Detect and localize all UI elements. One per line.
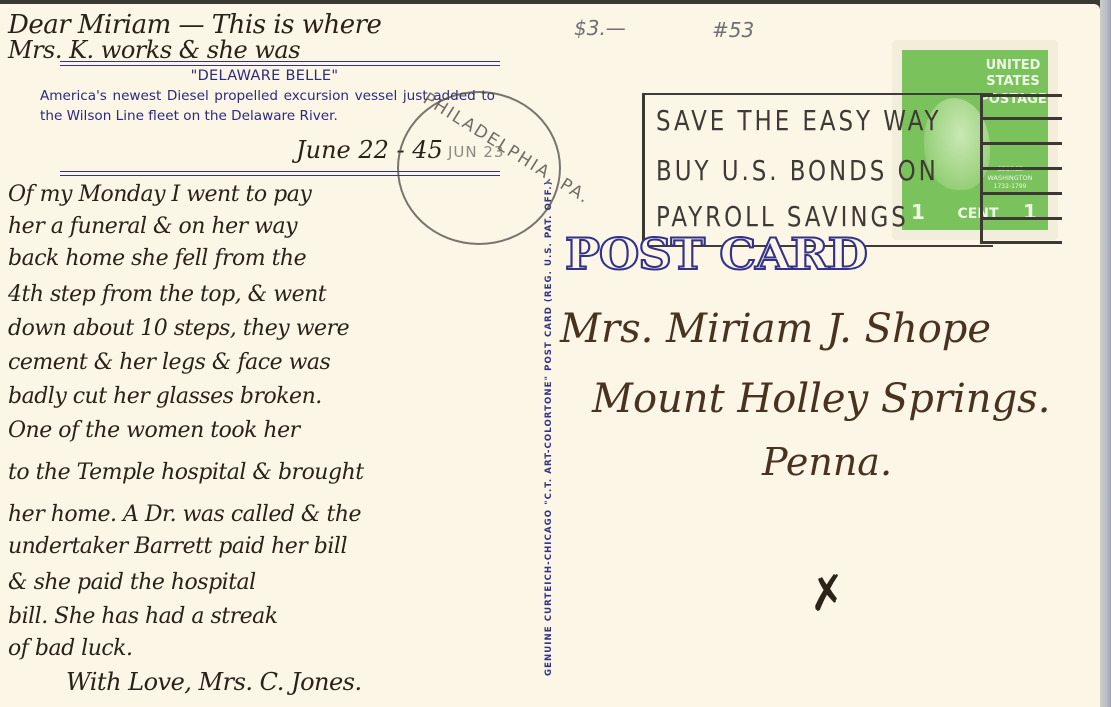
postcard-back: $3.— #53 Dear Miriam — This is where Mrs… <box>0 4 1100 707</box>
message-line: badly cut her glasses broken. <box>8 384 322 409</box>
cancel-bar <box>980 167 1062 170</box>
message-line: & she paid the hospital <box>8 570 256 595</box>
ink-x-mark: ✗ <box>804 564 850 623</box>
post-card-heading: POST CARD <box>565 230 867 280</box>
pencil-number-note: #53 <box>712 18 754 42</box>
cancel-bar <box>980 94 1062 97</box>
slogan-cancel-line-2: BUY U.S. BONDS ON <box>656 154 939 187</box>
scan-edge <box>1100 0 1111 707</box>
cancel-bar <box>980 142 1062 145</box>
message-closing: With Love, Mrs. C. Jones. <box>66 668 362 696</box>
message-line: down about 10 steps, they were <box>8 316 349 341</box>
message-line: to the Temple hospital & brought <box>8 460 364 485</box>
caption-title: "DELAWARE BELLE" <box>34 66 495 86</box>
address-line-town: Mount Holley Springs. <box>592 376 1050 422</box>
cancel-bar <box>980 217 1062 220</box>
message-line: 4th step from the top, & went <box>8 282 326 307</box>
address-line-name: Mrs. Miriam J. Shope <box>560 306 991 352</box>
message-line: her home. A Dr. was called & the <box>8 502 361 527</box>
cancel-vertical-bar <box>980 94 983 242</box>
message-line: Of my Monday I went to pay <box>8 182 311 207</box>
stamp-country: UNITED STATES <box>978 58 1048 90</box>
cancel-bar <box>980 241 1062 244</box>
slogan-cancel-line-1: SAVE THE EASY WAY <box>656 104 942 137</box>
message-line: of bad luck. <box>8 636 133 661</box>
address-line-state: Penna. <box>762 440 892 484</box>
stamp-denomination-right: 1 <box>1020 200 1040 224</box>
message-header-line-2: Mrs. K. works & she was <box>8 36 300 64</box>
message-line: undertaker Barrett paid her bill <box>8 534 347 559</box>
slogan-cancel-line-3: PAYROLL SAVINGS <box>656 200 909 233</box>
postmark-date: JUN 23 <box>448 143 504 161</box>
message-line: bill. She has had a streak <box>8 604 278 629</box>
message-line: her a funeral & on her way <box>8 214 297 239</box>
pencil-price-note: $3.— <box>574 16 626 40</box>
cancel-bar <box>980 192 1062 195</box>
cancel-bar <box>980 117 1062 120</box>
message-line: One of the women took her <box>8 418 300 443</box>
message-line: back home she fell from the <box>8 246 306 271</box>
message-line: cement & her legs & face was <box>8 350 330 375</box>
caption-top-rule <box>60 61 500 62</box>
